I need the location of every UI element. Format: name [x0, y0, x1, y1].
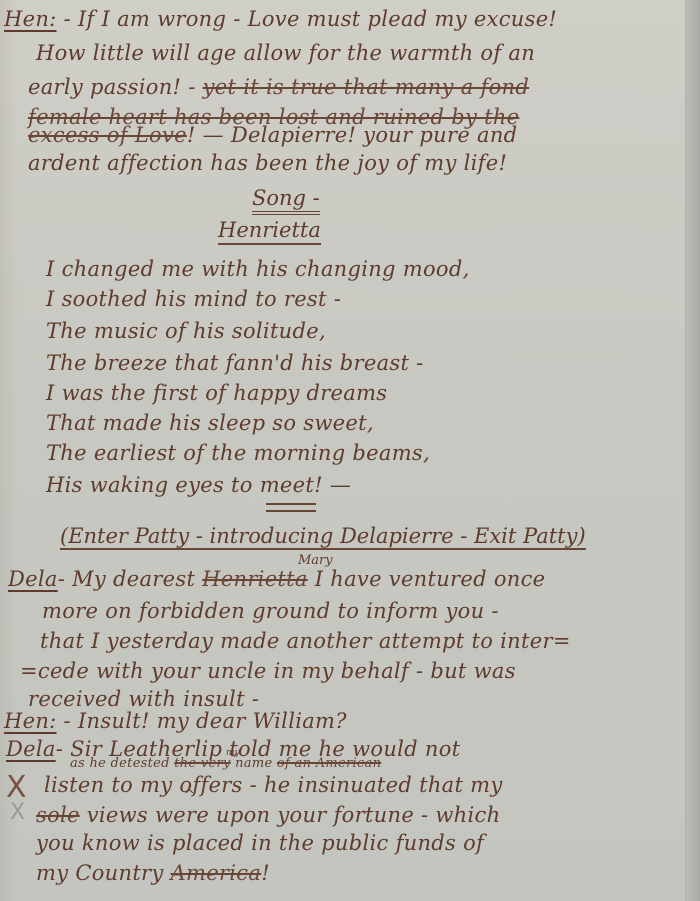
- speaker-label: Hen:: [4, 709, 57, 733]
- speech-line: sole views were upon your fortune - whic…: [36, 802, 500, 828]
- struck-text: of an American: [277, 756, 381, 771]
- stage-direction: (Enter Patty - introducing Delapierre - …: [60, 524, 586, 548]
- margin-faint-cross-mark: X: [10, 800, 25, 825]
- speech-line: excess of Love! — Delapierre! your pure …: [28, 122, 517, 148]
- speaker-label: Hen:: [4, 7, 57, 31]
- speaker-label: Dela: [6, 737, 56, 761]
- speech-line: How little will age allow for the warmth…: [36, 40, 535, 66]
- manuscript-page: Hen: - If I am wrong - Love must plead m…: [0, 0, 700, 901]
- verse-line: I changed me with his changing mood,: [46, 256, 470, 282]
- verse-line: His waking eyes to meet! —: [46, 472, 351, 498]
- struck-text: Henrietta: [202, 567, 308, 591]
- speech-line: =cede with your uncle in my behalf - but…: [20, 658, 516, 684]
- insertion-caret: ^: [184, 788, 195, 803]
- speech-line: you know is placed in the public funds o…: [36, 830, 484, 856]
- verse-line: The earliest of the morning beams,: [46, 440, 430, 466]
- struck-text: the very: [174, 756, 230, 771]
- verse-line: The breeze that fann'd his breast -: [46, 350, 424, 376]
- speech-line: more on forbidden ground to inform you -: [42, 598, 499, 624]
- struck-text: America: [171, 861, 262, 885]
- speech-line: ardent affection has been the joy of my …: [28, 150, 507, 176]
- interlinear-insertion: as he detested the very name of an Ameri…: [70, 756, 381, 772]
- verse-line: That made his sleep so sweet,: [46, 410, 374, 436]
- speech-line: listen to my offers - he insinuated that…: [44, 772, 503, 798]
- speech-line: Hen: - Insult! my dear William?: [4, 708, 347, 734]
- song-singer: Henrietta: [218, 218, 321, 245]
- speech-line: early passion! - yet it is true that man…: [28, 74, 529, 100]
- speech-line: Hen: - If I am wrong - Love must plead m…: [4, 6, 557, 32]
- struck-text: sole: [36, 803, 80, 827]
- verse-line: I was the first of happy dreams: [46, 380, 387, 406]
- page-edge: [685, 0, 700, 901]
- speech-line: that I yesterday made another attempt to…: [40, 628, 571, 654]
- speaker-label: Dela: [8, 567, 58, 591]
- verse-line: The music of his solitude,: [46, 318, 326, 344]
- struck-text: yet it is true that many a fond: [203, 75, 529, 99]
- speech-line: Dela- My dearest Henrietta I have ventur…: [8, 566, 545, 592]
- verse-line: I soothed his mind to rest -: [46, 286, 341, 312]
- section-divider: [266, 503, 316, 512]
- speech-line: my Country America!: [36, 860, 270, 886]
- struck-text: excess of Love: [28, 123, 187, 147]
- song-heading: Song -: [252, 186, 320, 215]
